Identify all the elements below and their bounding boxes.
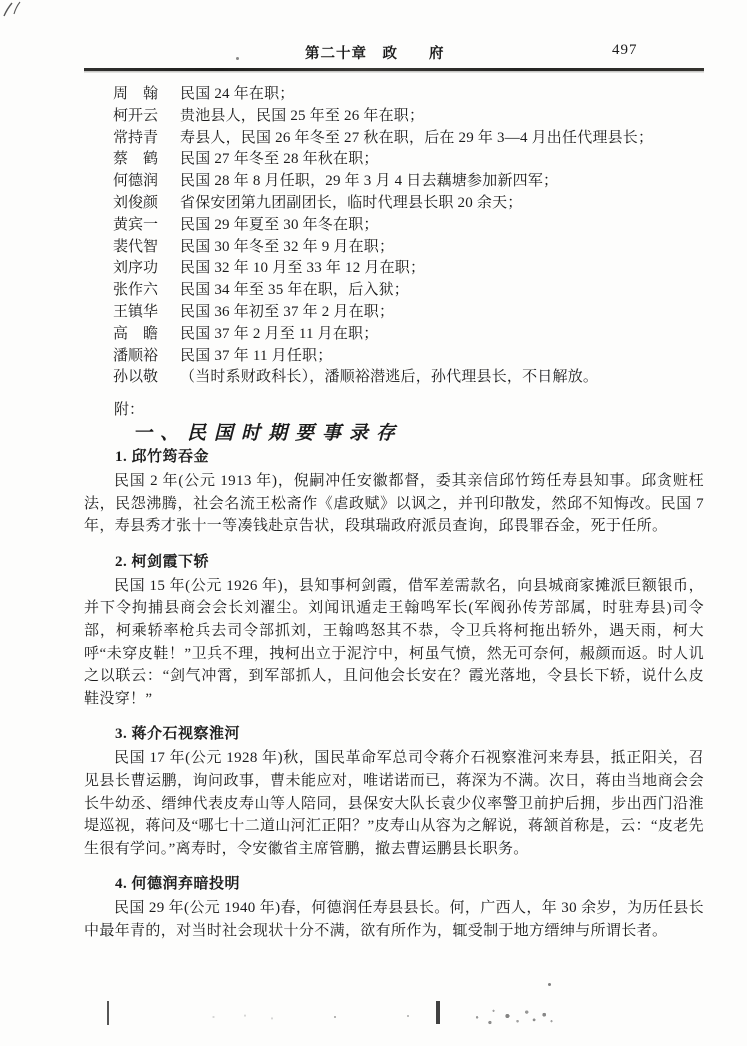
scan-pen-mark-icon (2, 1, 28, 21)
official-name: 潘顺裕 (113, 346, 163, 368)
official-term: 民国 36 年初至 37 年 2 月在职； (180, 302, 707, 324)
scan-smudge (466, 1003, 558, 1029)
official-term: 民国 37 年 11 月任职； (180, 346, 707, 368)
official-name: 高 瞻 (113, 324, 163, 346)
official-name: 黄宾一 (113, 215, 163, 237)
section-body: 民国 15 年(公元 1926 年)，县知事柯剑霞，借军差需款名，向县城商家摊派… (84, 575, 704, 711)
section-heading: 4. 何德润弃暗投明 (115, 874, 704, 894)
scan-speck (548, 983, 551, 986)
official-term: 民国 24 年在职； (180, 84, 707, 106)
official-term: 民国 30 年冬至 32 年 9 月在职； (180, 237, 707, 259)
official-term: 寿县人，民国 26 年冬至 27 秋在职，后在 29 年 3—4 月出任代理县长… (180, 128, 707, 150)
official-term: 民国 27 年冬至 28 年秋在职； (180, 149, 707, 171)
section-body: 民国 2 年(公元 1913 年)，倪嗣冲任安徽都督，委其亲信邱竹筠任寿县知事。… (84, 470, 704, 538)
official-name: 刘俊颜 (113, 193, 163, 215)
section-heading: 3. 蒋介石视察淮河 (115, 724, 704, 744)
official-term: 省保安团第九团副团长，临时代理县长职 20 余天； (180, 193, 707, 215)
scan-smudge (200, 1010, 290, 1024)
official-row: 柯开云贵池县人，民国 25 年至 26 年在职； (113, 106, 707, 128)
section-body: 民国 17 年(公元 1928 年)秋，国民革命军总司令蒋介石视察淮河来寿县，抵… (84, 747, 704, 860)
section-body: 民国 29 年(公元 1940 年)春，何德润任寿县县长。何，广西人，年 30 … (84, 897, 704, 942)
official-row: 何德润民国 28 年 8 月任职，29 年 3 月 4 日去藕塘参加新四军； (113, 171, 707, 193)
official-row: 裴代智民国 30 年冬至 32 年 9 月在职； (113, 237, 707, 259)
official-term: 民国 34 年至 35 年在职，后入狱； (180, 280, 707, 302)
scanned-book-page: 第二十章 政 府 497 周 翰民国 24 年在职； 柯开云贵池县人，民国 25… (0, 0, 747, 1046)
official-term: 贵池县人，民国 25 年至 26 年在职； (180, 106, 707, 128)
official-name: 周 翰 (113, 84, 163, 106)
official-row: 孙以敬（当时系财政科长），潘顺裕潜逃后，孙代理县长，不日解放。 (113, 367, 707, 389)
official-name: 柯开云 (113, 106, 163, 128)
official-name: 常持青 (113, 128, 163, 150)
official-term: （当时系财政科长），潘顺裕潜逃后，孙代理县长，不日解放。 (180, 367, 707, 389)
running-header-chapter-title: 第二十章 政 府 (305, 42, 445, 63)
official-row: 蔡 鹤民国 27 年冬至 28 年秋在职； (113, 149, 707, 171)
official-row: 张作六民国 34 年至 35 年在职，后入狱； (113, 280, 707, 302)
scan-tick-mark (107, 1001, 109, 1025)
appendix-sections: 1. 邱竹筠吞金 民国 2 年(公元 1913 年)，倪嗣冲任安徽都督，委其亲信… (84, 447, 704, 957)
scan-tick-mark (436, 1001, 440, 1024)
official-row: 常持青寿县人，民国 26 年冬至 27 秋在职，后在 29 年 3—4 月出任代… (113, 128, 707, 150)
official-row: 周 翰民国 24 年在职； (113, 84, 707, 106)
official-term: 民国 29 年夏至 30 年冬在职； (180, 215, 707, 237)
official-name: 张作六 (113, 280, 163, 302)
section-heading: 1. 邱竹筠吞金 (115, 447, 704, 467)
official-name: 蔡 鹤 (113, 149, 163, 171)
official-name: 刘序功 (113, 258, 163, 280)
official-term: 民国 37 年 2 月至 11 月在职； (180, 324, 707, 346)
official-row: 刘序功民国 32 年 10 月至 33 年 12 月在职； (113, 258, 707, 280)
official-name: 王镇华 (113, 302, 163, 324)
page-number: 497 (612, 42, 638, 59)
section-heading: 2. 柯剑霞下轿 (115, 552, 704, 572)
official-term: 民国 28 年 8 月任职，29 年 3 月 4 日去藕塘参加新四军； (180, 171, 707, 193)
official-row: 潘顺裕民国 37 年 11 月任职； (113, 346, 707, 368)
official-name: 孙以敬 (113, 367, 163, 389)
scan-speck (407, 1015, 409, 1017)
official-row: 高 瞻民国 37 年 2 月至 11 月在职； (113, 324, 707, 346)
appendix-title: 一、民国时期要事录存 (133, 418, 403, 445)
official-row: 王镇华民国 36 年初至 37 年 2 月在职； (113, 302, 707, 324)
scan-speck (236, 57, 239, 60)
official-name: 何德润 (113, 171, 163, 193)
officials-list: 周 翰民国 24 年在职； 柯开云贵池县人，民国 25 年至 26 年在职； 常… (113, 84, 707, 389)
header-rule (84, 68, 704, 71)
scan-speck (334, 1016, 336, 1018)
official-term: 民国 32 年 10 月至 33 年 12 月在职； (180, 258, 707, 280)
official-name: 裴代智 (113, 237, 163, 259)
official-row: 黄宾一民国 29 年夏至 30 年冬在职； (113, 215, 707, 237)
official-row: 刘俊颜省保安团第九团副团长，临时代理县长职 20 余天； (113, 193, 707, 215)
attachment-label: 附： (114, 398, 144, 419)
